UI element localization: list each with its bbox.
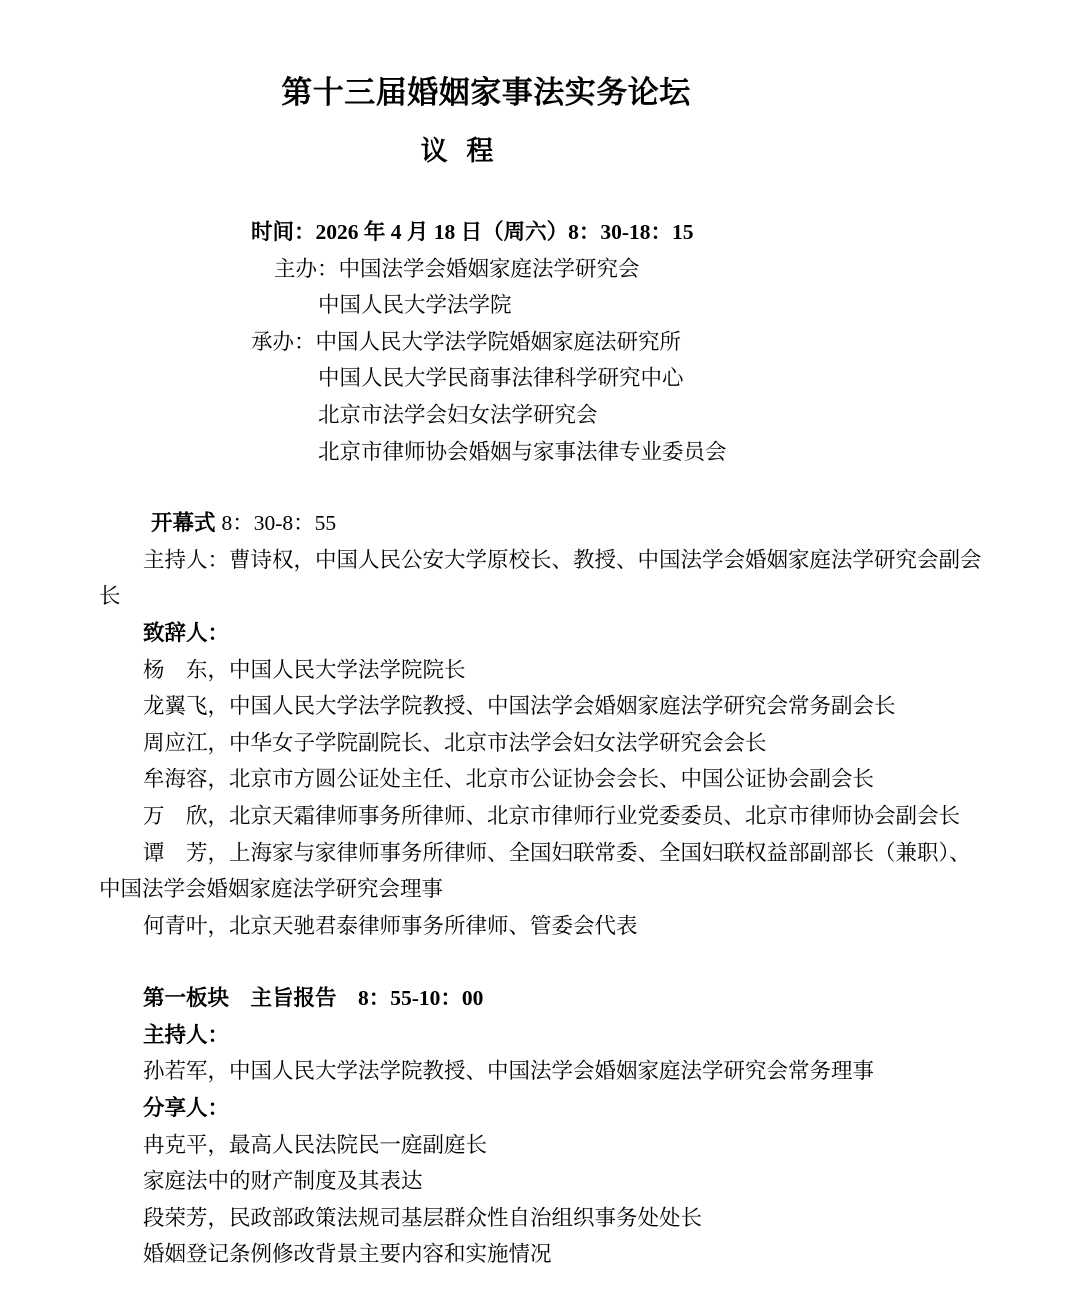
greeter-item: 何青叶，北京天驰君泰律师事务所律师、管委会代表: [99, 908, 985, 945]
greeter-item: 万 欣，北京天霜律师事务所律师、北京市律师行业党委委员、北京市律师协会副会长: [99, 798, 985, 835]
session1-moderator: 孙若军，中国人民大学法学院教授、中国法学会婚姻家庭法学研究会常务理事: [99, 1053, 985, 1090]
opening-time: 8：30-8：55: [222, 511, 337, 535]
opening-heading-line: 开幕式8：30-8：55: [99, 505, 985, 542]
opening-moderator: 主持人：曹诗权，中国人民公安大学原校长、教授、中国法学会婚姻家庭法学研究会副会长: [99, 542, 985, 615]
host-name: 中国法学会婚姻家庭法学研究会: [339, 257, 640, 281]
event-time-line: 时间：2026 年 4 月 18 日（周六）8：30-18：15: [99, 214, 985, 251]
document-content: 第十三届婚姻家事法实务论坛 议 程 时间：2026 年 4 月 18 日（周六）…: [99, 71, 985, 1273]
event-host-line: 主办：中国法学会婚姻家庭法学研究会: [99, 251, 985, 288]
event-host-line-2: 中国人民大学法学院: [99, 287, 985, 324]
session1-section: 第一板块 主旨报告 8：55-10：00 主持人： 孙若军，中国人民大学法学院教…: [99, 980, 985, 1273]
event-organizer-line-4: 北京市律师协会婚姻与家事法律专业委员会: [99, 434, 985, 471]
sharers-label: 分享人：: [99, 1090, 985, 1127]
event-organizer-line-2: 中国人民大学民商事法律科学研究中心: [99, 360, 985, 397]
organizer-label: 承办：: [251, 330, 316, 354]
event-organizer-line-3: 北京市法学会妇女法学研究会: [99, 397, 985, 434]
sharer-speaker: 段荣芳，民政部政策法规司基层群众性自治组织事务处处长: [99, 1200, 985, 1237]
host-label: 主办：: [274, 257, 339, 281]
opening-heading: 开幕式: [151, 511, 216, 535]
greeter-item: 龙翼飞，中国人民大学法学院教授、中国法学会婚姻家庭法学研究会常务副会长: [99, 688, 985, 725]
document-page: 第十三届婚姻家事法实务论坛 议 程 时间：2026 年 4 月 18 日（周六）…: [0, 0, 1080, 1297]
session1-heading: 第一板块 主旨报告 8：55-10：00: [99, 980, 985, 1017]
document-subtitle: 议 程: [99, 131, 985, 171]
session1-moderator-label: 主持人：: [99, 1017, 985, 1054]
greeter-item: 牟海容，北京市方圆公证处主任、北京市公证协会会长、中国公证协会副会长: [99, 761, 985, 798]
document-title: 第十三届婚姻家事法实务论坛: [99, 71, 985, 115]
sharer-speaker: 冉克平，最高人民法院民一庭副庭长: [99, 1127, 985, 1164]
greeter-item: 周应江，中华女子学院副院长、北京市法学会妇女法学研究会会长: [99, 725, 985, 762]
opening-section: 开幕式8：30-8：55 主持人：曹诗权，中国人民公安大学原校长、教授、中国法学…: [99, 505, 985, 944]
sharer-topic: 家庭法中的财产制度及其表达: [99, 1163, 985, 1200]
greeter-item: 谭 芳，上海家与家律师事务所律师、全国妇联常委、全国妇联权益部副部长（兼职）、中…: [99, 835, 985, 908]
event-organizer-line: 承办：中国人民大学法学院婚姻家庭法研究所: [99, 324, 985, 361]
greeters-label: 致辞人：: [99, 615, 985, 652]
event-meta-block: 时间：2026 年 4 月 18 日（周六）8：30-18：15 主办：中国法学…: [99, 214, 985, 470]
greeter-item: 杨 东，中国人民大学法学院院长: [99, 652, 985, 689]
sharer-topic: 婚姻登记条例修改背景主要内容和实施情况: [99, 1236, 985, 1273]
organizer-name: 中国人民大学法学院婚姻家庭法研究所: [316, 330, 682, 354]
